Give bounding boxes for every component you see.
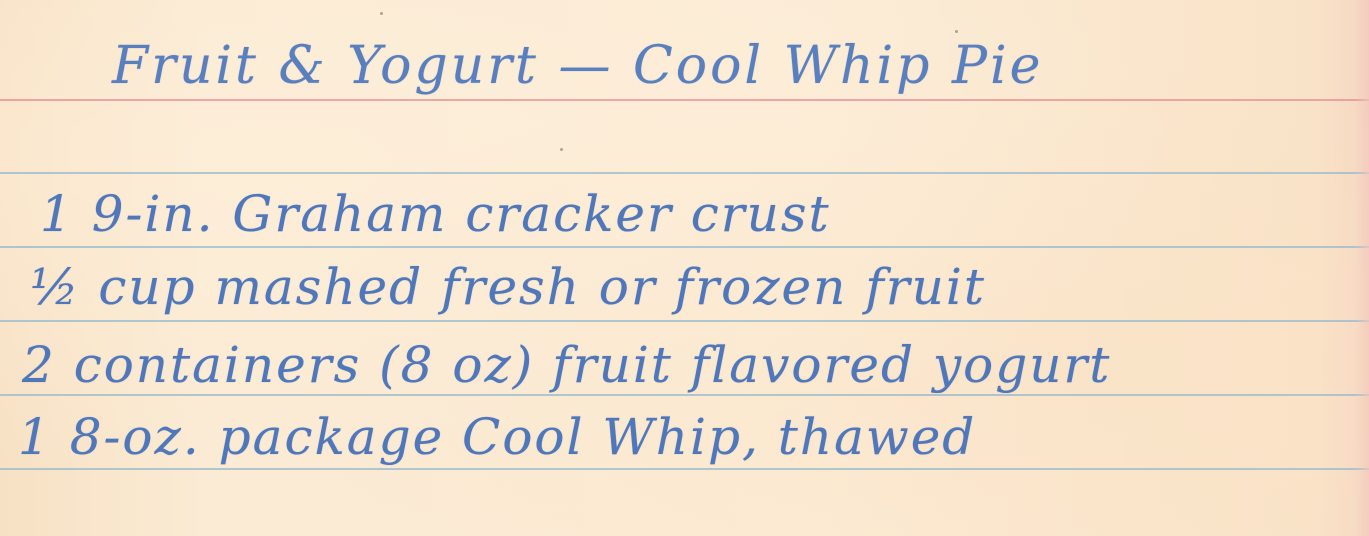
paper-speck (560, 148, 563, 151)
blue-rule-2 (0, 246, 1369, 248)
recipe-card: Fruit & Yogurt — Cool Whip Pie 1 9-in. G… (0, 0, 1369, 536)
blue-rule-3 (0, 320, 1369, 322)
red-header-rule (0, 99, 1369, 101)
blue-rule-1 (0, 172, 1369, 174)
ingredient-line-1: 1 9-in. Graham cracker crust (40, 185, 831, 243)
card-edge (1355, 0, 1369, 536)
paper-speck (380, 12, 383, 15)
blue-rule-5 (0, 468, 1369, 470)
ingredient-line-3: 2 containers (8 oz) fruit flavored yogur… (22, 336, 1111, 394)
recipe-title: Fruit & Yogurt — Cool Whip Pie (112, 36, 1043, 96)
ingredient-line-2: ½ cup mashed fresh or frozen fruit (30, 258, 986, 316)
blue-rule-4 (0, 394, 1369, 396)
ingredient-line-4: 1 8-oz. package Cool Whip, thawed (18, 408, 976, 466)
paper-speck (955, 30, 958, 33)
